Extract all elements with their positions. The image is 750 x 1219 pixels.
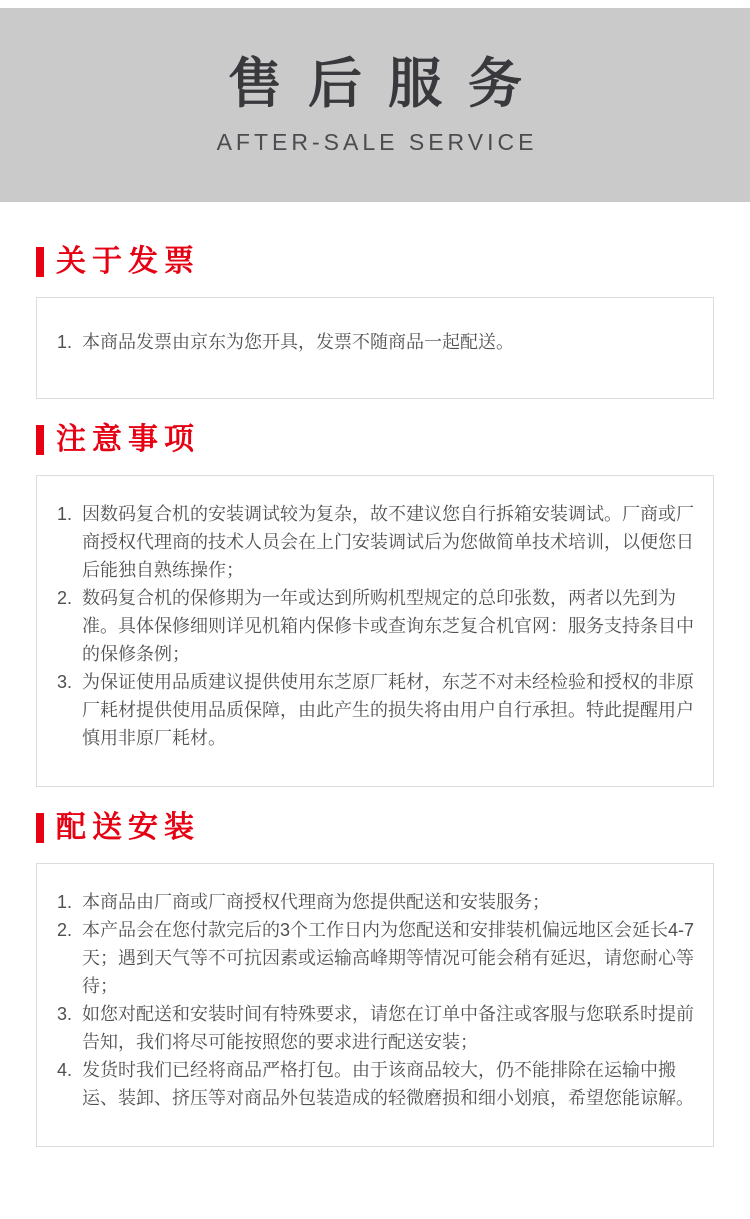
- list-item-number: 1.: [57, 328, 82, 356]
- section-delivery: 配送安装 1. 本商品由厂商或厂商授权代理商为您提供配送和安装服务； 2. 本产…: [36, 813, 714, 1147]
- red-accent-bar-icon: [36, 425, 44, 455]
- list-item-text: 如您对配送和安装时间有特殊要求，请您在订单中备注或客服与您联系时提前告知，我们将…: [82, 1000, 707, 1056]
- delivery-info-box: 1. 本商品由厂商或厂商授权代理商为您提供配送和安装服务； 2. 本产品会在您付…: [36, 863, 714, 1147]
- notes-info-box: 1. 因数码复合机的安装调试较为复杂，故不建议您自行拆箱安装调试。厂商或厂商授权…: [36, 475, 714, 787]
- list-item-number: 1.: [57, 500, 82, 584]
- page-title: 售后服务: [202, 55, 548, 113]
- section-notes: 注意事项 1. 因数码复合机的安装调试较为复杂，故不建议您自行拆箱安装调试。厂商…: [36, 425, 714, 787]
- list-item-number: 3.: [57, 1000, 82, 1056]
- section-invoice: 关于发票 1. 本商品发票由京东为您开具，发票不随商品一起配送。: [36, 247, 714, 399]
- list-item-number: 2.: [57, 916, 82, 1000]
- section-heading-invoice: 关于发票: [36, 247, 714, 277]
- section-title-delivery: 配送安装: [56, 813, 200, 843]
- list-item-number: 2.: [57, 584, 82, 668]
- list-item: 2. 数码复合机的保修期为一年或达到所购机型规定的总印张数，两者以先到为准。具体…: [57, 584, 707, 668]
- section-heading-notes: 注意事项: [36, 425, 714, 455]
- section-title-notes: 注意事项: [56, 425, 200, 455]
- list-item-number: 1.: [57, 888, 82, 916]
- list-item-text: 本商品由厂商或厂商授权代理商为您提供配送和安装服务；: [82, 888, 707, 916]
- list-item: 2. 本产品会在您付款完后的3个工作日内为您配送和安排装机偏远地区会延长4-7天…: [57, 916, 707, 1000]
- list-item: 3. 如您对配送和安装时间有特殊要求，请您在订单中备注或客服与您联系时提前告知，…: [57, 1000, 707, 1056]
- list-item-text: 为保证使用品质建议提供使用东芝原厂耗材，东芝不对未经检验和授权的非原厂耗材提供使…: [82, 668, 707, 752]
- list-item-number: 3.: [57, 668, 82, 752]
- invoice-info-box: 1. 本商品发票由京东为您开具，发票不随商品一起配送。: [36, 297, 714, 399]
- list-item-text: 因数码复合机的安装调试较为复杂，故不建议您自行拆箱安装调试。厂商或厂商授权代理商…: [82, 500, 707, 584]
- list-item-text: 本产品会在您付款完后的3个工作日内为您配送和安排装机偏远地区会延长4-7天；遇到…: [82, 916, 707, 1000]
- section-title-invoice: 关于发票: [56, 247, 200, 277]
- list-item: 4. 发货时我们已经将商品严格打包。由于该商品较大，仍不能排除在运输中搬运、装卸…: [57, 1056, 707, 1112]
- red-accent-bar-icon: [36, 813, 44, 843]
- red-accent-bar-icon: [36, 247, 44, 277]
- section-heading-delivery: 配送安装: [36, 813, 714, 843]
- after-sale-service-page: 售后服务 AFTER-SALE SERVICE 关于发票 1. 本商品发票由京东…: [0, 8, 750, 1147]
- page-subtitle: AFTER-SALE SERVICE: [213, 129, 538, 155]
- list-item-text: 发货时我们已经将商品严格打包。由于该商品较大，仍不能排除在运输中搬运、装卸、挤压…: [82, 1056, 707, 1112]
- list-item-text: 本商品发票由京东为您开具，发票不随商品一起配送。: [82, 328, 707, 356]
- banner: 售后服务 AFTER-SALE SERVICE: [0, 8, 750, 202]
- list-item: 1. 本商品由厂商或厂商授权代理商为您提供配送和安装服务；: [57, 888, 707, 916]
- list-item-number: 4.: [57, 1056, 82, 1112]
- list-item: 1. 因数码复合机的安装调试较为复杂，故不建议您自行拆箱安装调试。厂商或厂商授权…: [57, 500, 707, 584]
- list-item: 1. 本商品发票由京东为您开具，发票不随商品一起配送。: [57, 328, 707, 356]
- list-item-text: 数码复合机的保修期为一年或达到所购机型规定的总印张数，两者以先到为准。具体保修细…: [82, 584, 707, 668]
- list-item: 3. 为保证使用品质建议提供使用东芝原厂耗材，东芝不对未经检验和授权的非原厂耗材…: [57, 668, 707, 752]
